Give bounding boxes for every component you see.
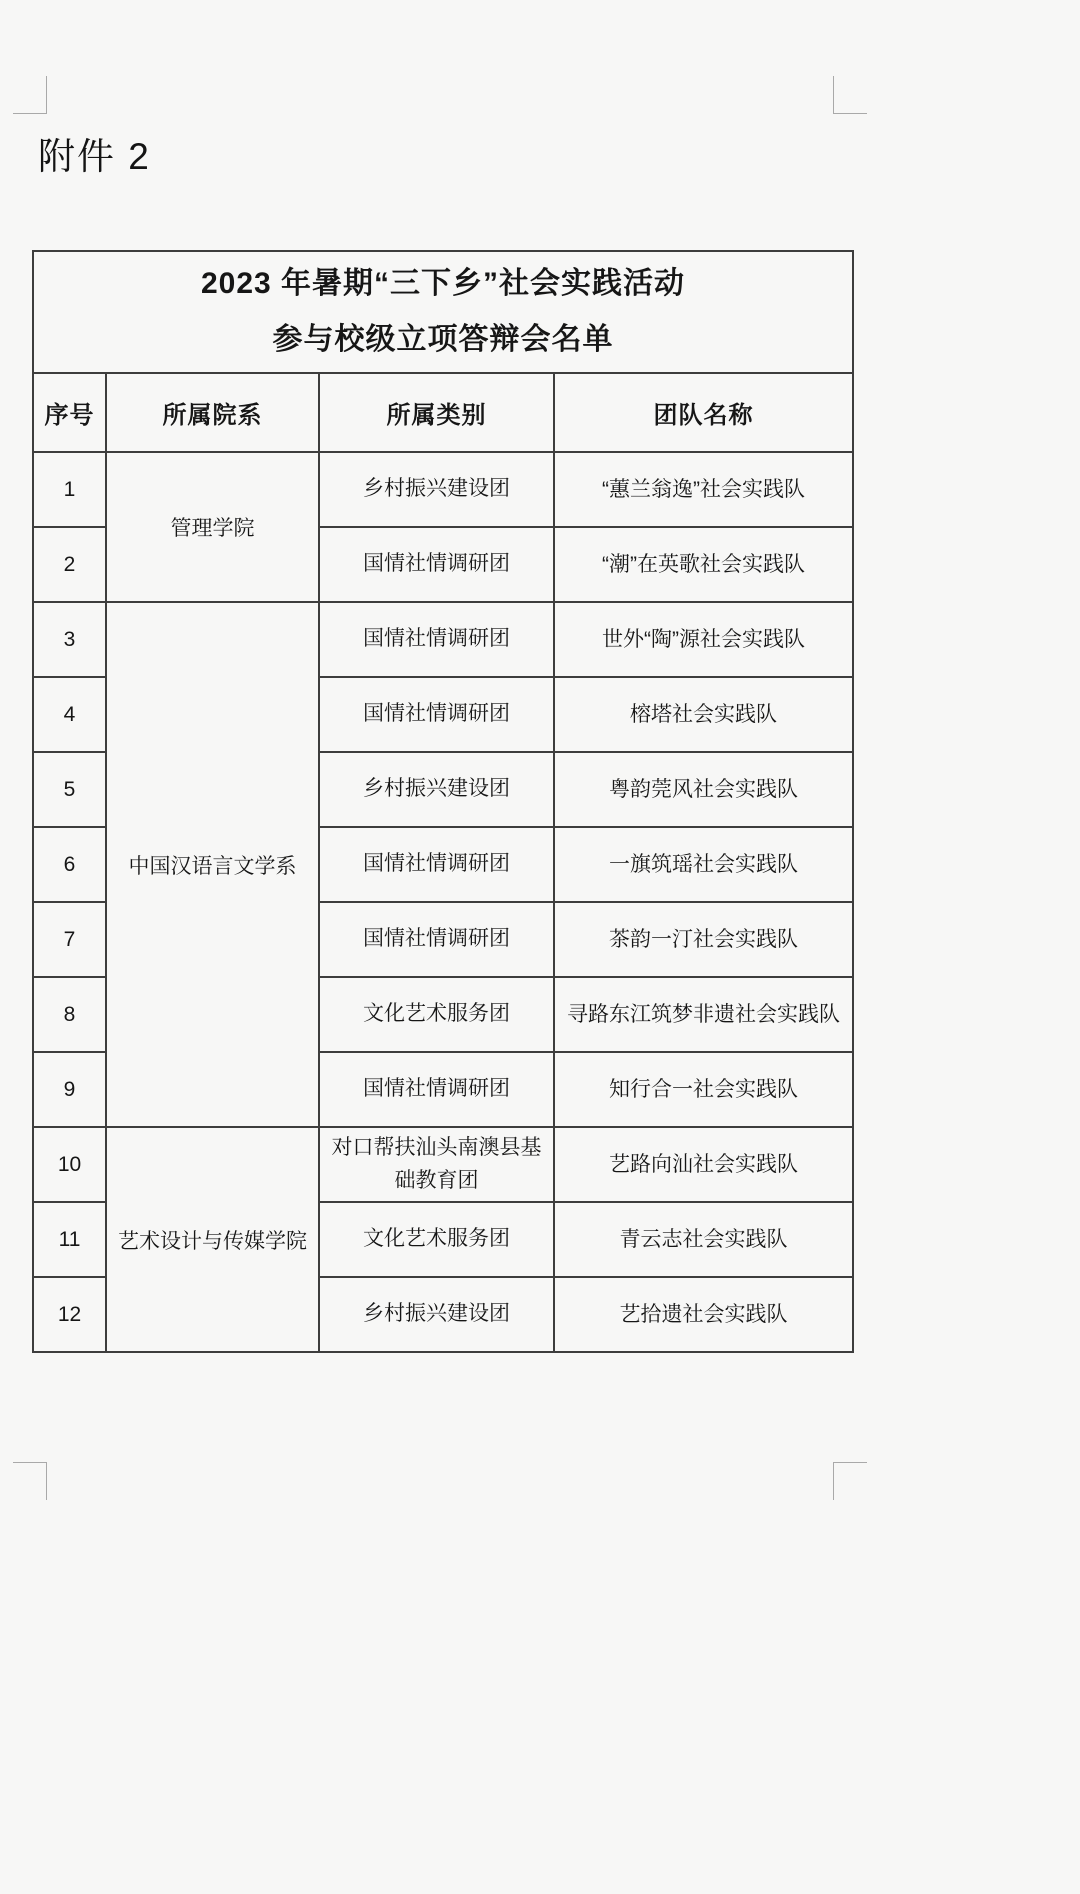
row-number-cell: 5 (33, 752, 106, 827)
table-title-line1: 2023 年暑期“三下乡”社会实践活动 (34, 256, 852, 312)
team-name-cell: 粤韵莞风社会实践队 (554, 752, 853, 827)
header-department: 所属院系 (106, 373, 319, 452)
document-page: 附件 2 2023 年暑期“三下乡”社会实践活动 参与校级立项答辩会名单 序号 … (0, 0, 1080, 1894)
header-team-name: 团队名称 (554, 373, 853, 452)
department-cell: 管理学院 (106, 452, 319, 602)
team-name-cell: 世外“陶”源社会实践队 (554, 602, 853, 677)
category-cell: 国情社情调研团 (319, 677, 554, 752)
table-row: 3 中国汉语言文学系 国情社情调研团 世外“陶”源社会实践队 (33, 602, 853, 677)
category-cell: 乡村振兴建设团 (319, 452, 554, 527)
table-title-row: 2023 年暑期“三下乡”社会实践活动 参与校级立项答辩会名单 (33, 251, 853, 373)
team-name-cell: 艺路向汕社会实践队 (554, 1127, 853, 1202)
table-title-cell: 2023 年暑期“三下乡”社会实践活动 参与校级立项答辩会名单 (33, 251, 853, 373)
row-number-cell: 11 (33, 1202, 106, 1277)
row-number-cell: 9 (33, 1052, 106, 1127)
category-cell: 对口帮扶汕头南澳县基础教育团 (319, 1127, 554, 1202)
category-cell: 文化艺术服务团 (319, 1202, 554, 1277)
header-no: 序号 (33, 373, 106, 452)
crop-mark-top-right (833, 76, 867, 114)
category-cell: 文化艺术服务团 (319, 977, 554, 1052)
table-row: 10 艺术设计与传媒学院 对口帮扶汕头南澳县基础教育团 艺路向汕社会实践队 (33, 1127, 853, 1202)
team-name-cell: 一旗筑瑶社会实践队 (554, 827, 853, 902)
category-cell: 国情社情调研团 (319, 1052, 554, 1127)
category-cell: 国情社情调研团 (319, 827, 554, 902)
department-cell: 艺术设计与传媒学院 (106, 1127, 319, 1352)
department-cell: 中国汉语言文学系 (106, 602, 319, 1127)
team-name-cell: 知行合一社会实践队 (554, 1052, 853, 1127)
header-category: 所属类别 (319, 373, 554, 452)
row-number-cell: 6 (33, 827, 106, 902)
row-number-cell: 10 (33, 1127, 106, 1202)
row-number-cell: 7 (33, 902, 106, 977)
category-cell: 国情社情调研团 (319, 902, 554, 977)
crop-mark-bottom-right (833, 1462, 867, 1500)
team-name-cell: “蕙兰翁逸”社会实践队 (554, 452, 853, 527)
row-number-cell: 12 (33, 1277, 106, 1352)
table-row: 1 管理学院 乡村振兴建设团 “蕙兰翁逸”社会实践队 (33, 452, 853, 527)
team-name-cell: 榕塔社会实践队 (554, 677, 853, 752)
team-name-cell: 青云志社会实践队 (554, 1202, 853, 1277)
crop-mark-bottom-left (13, 1462, 47, 1500)
category-cell: 国情社情调研团 (319, 527, 554, 602)
team-name-cell: “潮”在英歌社会实践队 (554, 527, 853, 602)
row-number-cell: 4 (33, 677, 106, 752)
table-title-line2: 参与校级立项答辩会名单 (34, 312, 852, 368)
row-number-cell: 1 (33, 452, 106, 527)
team-name-cell: 茶韵一汀社会实践队 (554, 902, 853, 977)
category-cell: 乡村振兴建设团 (319, 1277, 554, 1352)
row-number-cell: 2 (33, 527, 106, 602)
table-header-row: 序号 所属院系 所属类别 团队名称 (33, 373, 853, 452)
attachment-label: 附件 2 (38, 126, 151, 180)
team-name-cell: 寻路东江筑梦非遗社会实践队 (554, 977, 853, 1052)
row-number-cell: 3 (33, 602, 106, 677)
category-cell: 国情社情调研团 (319, 602, 554, 677)
crop-mark-top-left (13, 76, 47, 114)
team-name-cell: 艺拾遗社会实践队 (554, 1277, 853, 1352)
category-cell: 乡村振兴建设团 (319, 752, 554, 827)
roster-table: 2023 年暑期“三下乡”社会实践活动 参与校级立项答辩会名单 序号 所属院系 … (32, 250, 854, 1353)
row-number-cell: 8 (33, 977, 106, 1052)
